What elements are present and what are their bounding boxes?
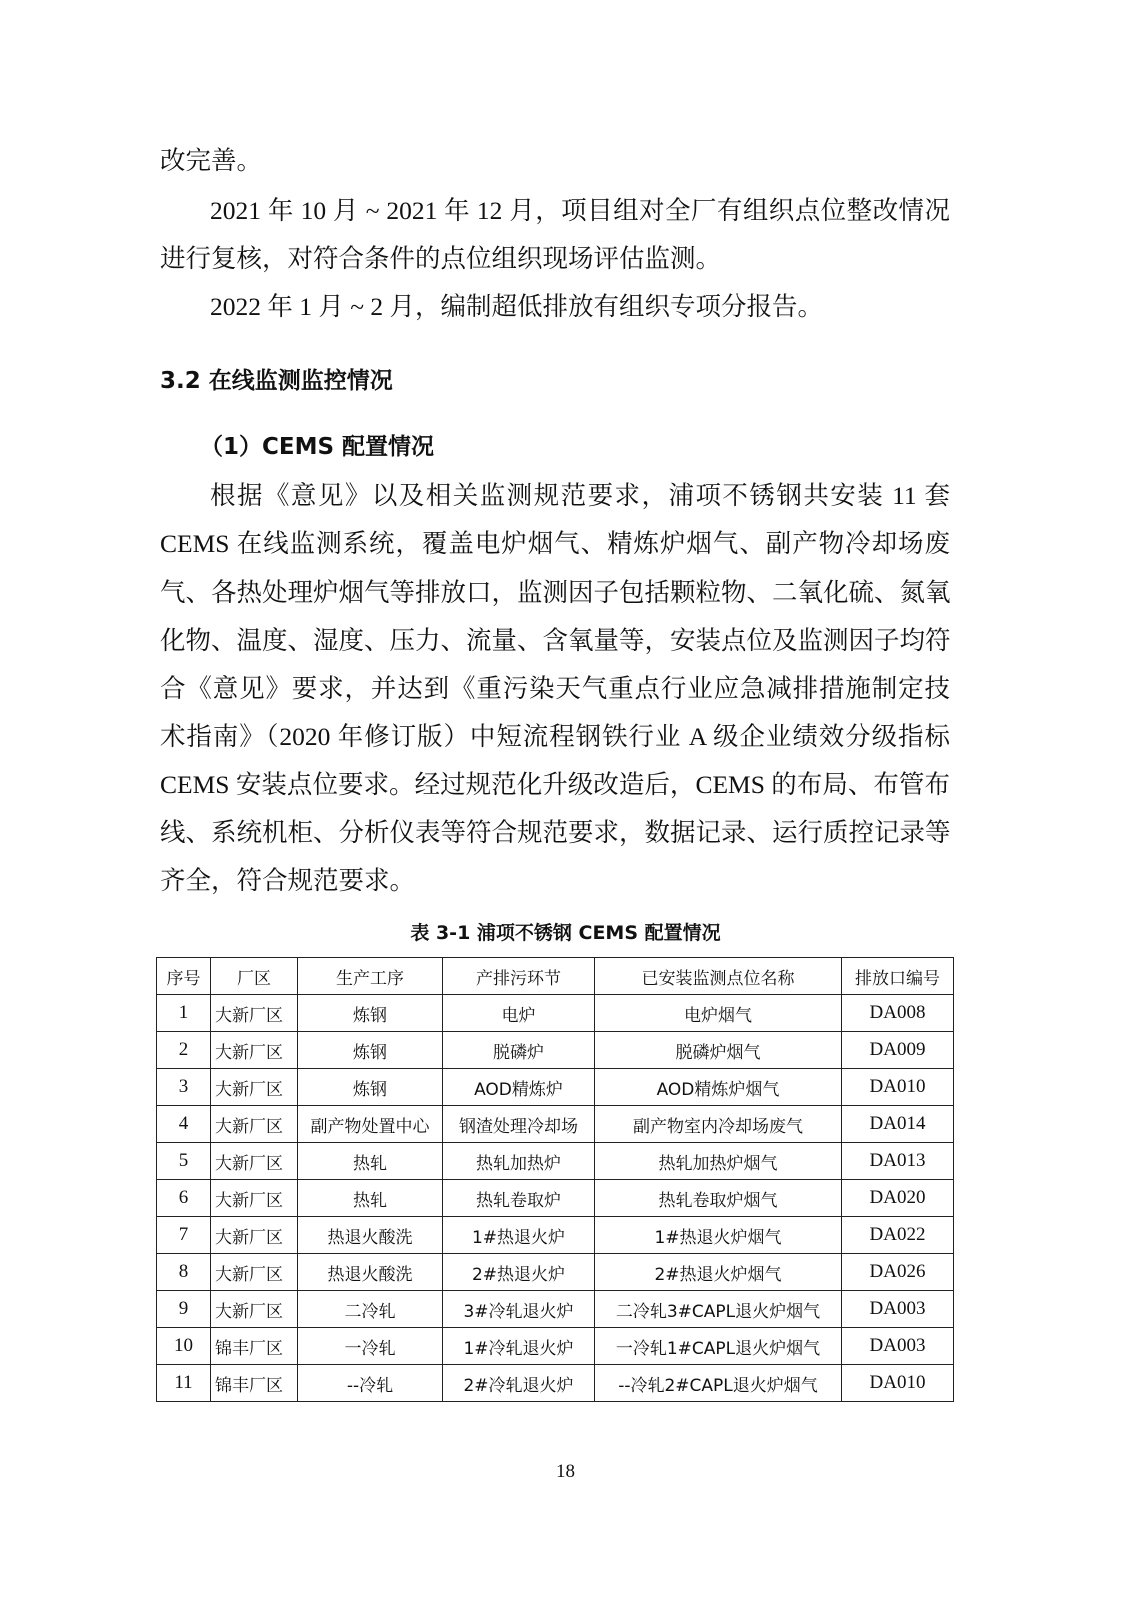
cell-plant: 锦丰厂区 (211, 1365, 298, 1402)
cell-process: 副产物处置中心 (298, 1106, 443, 1143)
cell-emission-stage: 热轧加热炉 (443, 1143, 595, 1180)
cell-plant: 大新厂区 (211, 1180, 298, 1217)
table-row: 11锦丰厂区--冷轧2#冷轧退火炉--冷轧2#CAPL退火炉烟气DA010 (157, 1365, 954, 1402)
cell-process: 炼钢 (298, 995, 443, 1032)
cell-emission-stage: 1#热退火炉 (443, 1217, 595, 1254)
paragraph-end: 改完善。 (160, 146, 262, 176)
table-row: 2大新厂区炼钢脱磷炉脱磷炉烟气DA009 (157, 1032, 954, 1069)
cell-index: 7 (157, 1217, 211, 1254)
cell-emission-stage: 脱磷炉 (443, 1032, 595, 1069)
paragraph-line: 2022 年 1 月 ~ 2 月，编制超低排放有组织专项分报告。 (210, 292, 823, 322)
paragraph-line: 2021 年 10 月 ~ 2021 年 12 月，项目组对全厂有组织点位整改情… (210, 196, 950, 226)
body-line: CEMS 在线监测系统，覆盖电炉烟气、精炼炉烟气、副产物冷却场废 (160, 529, 950, 559)
cell-plant: 锦丰厂区 (211, 1328, 298, 1365)
cell-index: 3 (157, 1069, 211, 1106)
cell-plant: 大新厂区 (211, 1032, 298, 1069)
cell-process: 炼钢 (298, 1032, 443, 1069)
cell-emission-stage: 3#冷轧退火炉 (443, 1291, 595, 1328)
table-row: 6大新厂区热轧热轧卷取炉热轧卷取炉烟气DA020 (157, 1180, 954, 1217)
table-caption: 表 3-1 浦项不锈钢 CEMS 配置情况 (0, 918, 1131, 945)
cell-emission-stage: 电炉 (443, 995, 595, 1032)
cell-emission-stage: 2#冷轧退火炉 (443, 1365, 595, 1402)
cems-table: 序号 厂区 生产工序 产排污环节 已安装监测点位名称 排放口编号 1大新厂区炼钢… (156, 957, 954, 1402)
cell-plant: 大新厂区 (211, 1069, 298, 1106)
body-line: CEMS 安装点位要求。经过规范化升级改造后，CEMS 的布局、布管布 (160, 770, 950, 800)
body-line: 气、各热处理炉烟气等排放口，监测因子包括颗粒物、二氧化硫、氮氧 (160, 578, 950, 608)
section-heading: 3.2 在线监测监控情况 (160, 366, 393, 396)
table-row: 3大新厂区炼钢AOD精炼炉AOD精炼炉烟气DA010 (157, 1069, 954, 1106)
cell-plant: 大新厂区 (211, 1254, 298, 1291)
cell-plant: 大新厂区 (211, 1217, 298, 1254)
body-line: 合《意见》要求，并达到《重污染天气重点行业应急减排措施制定技 (160, 674, 950, 704)
cell-emission-stage: 钢渣处理冷却场 (443, 1106, 595, 1143)
cell-outlet-code: DA008 (842, 995, 954, 1032)
cell-process: 二冷轧 (298, 1291, 443, 1328)
cell-index: 1 (157, 995, 211, 1032)
cell-index: 10 (157, 1328, 211, 1365)
body-line: 术指南》（2020 年修订版）中短流程钢铁行业 A 级企业绩效分级指标 (160, 722, 950, 752)
cell-monitoring-point: --冷轧2#CAPL退火炉烟气 (595, 1365, 842, 1402)
cell-outlet-code: DA020 (842, 1180, 954, 1217)
cell-index: 4 (157, 1106, 211, 1143)
header-cell: 排放口编号 (842, 958, 954, 995)
cell-monitoring-point: 2#热退火炉烟气 (595, 1254, 842, 1291)
cell-outlet-code: DA009 (842, 1032, 954, 1069)
cell-outlet-code: DA003 (842, 1291, 954, 1328)
cell-index: 6 (157, 1180, 211, 1217)
cell-emission-stage: AOD精炼炉 (443, 1069, 595, 1106)
table-header-row: 序号 厂区 生产工序 产排污环节 已安装监测点位名称 排放口编号 (157, 958, 954, 995)
cell-plant: 大新厂区 (211, 1143, 298, 1180)
cell-index: 5 (157, 1143, 211, 1180)
cell-monitoring-point: 电炉烟气 (595, 995, 842, 1032)
cell-index: 9 (157, 1291, 211, 1328)
table-row: 1大新厂区炼钢电炉电炉烟气DA008 (157, 995, 954, 1032)
header-cell: 已安装监测点位名称 (595, 958, 842, 995)
cell-emission-stage: 1#冷轧退火炉 (443, 1328, 595, 1365)
cell-index: 11 (157, 1365, 211, 1402)
table-row: 9大新厂区二冷轧3#冷轧退火炉二冷轧3#CAPL退火炉烟气DA003 (157, 1291, 954, 1328)
header-cell: 厂区 (211, 958, 298, 995)
cell-process: 热轧 (298, 1143, 443, 1180)
page-number: 18 (0, 1461, 1131, 1483)
cell-monitoring-point: 热轧加热炉烟气 (595, 1143, 842, 1180)
cell-monitoring-point: 二冷轧3#CAPL退火炉烟气 (595, 1291, 842, 1328)
cell-monitoring-point: 1#热退火炉烟气 (595, 1217, 842, 1254)
body-line: 根据《意见》以及相关监测规范要求，浦项不锈钢共安装 11 套 (210, 481, 950, 511)
cell-process: 热轧 (298, 1180, 443, 1217)
cell-outlet-code: DA010 (842, 1365, 954, 1402)
cell-outlet-code: DA010 (842, 1069, 954, 1106)
cell-process: 热退火酸洗 (298, 1217, 443, 1254)
cell-outlet-code: DA022 (842, 1217, 954, 1254)
cell-emission-stage: 2#热退火炉 (443, 1254, 595, 1291)
cell-monitoring-point: AOD精炼炉烟气 (595, 1069, 842, 1106)
cell-plant: 大新厂区 (211, 1291, 298, 1328)
cell-index: 2 (157, 1032, 211, 1069)
cell-outlet-code: DA013 (842, 1143, 954, 1180)
cell-outlet-code: DA026 (842, 1254, 954, 1291)
cell-plant: 大新厂区 (211, 1106, 298, 1143)
cell-monitoring-point: 一冷轧1#CAPL退火炉烟气 (595, 1328, 842, 1365)
header-cell: 序号 (157, 958, 211, 995)
cell-monitoring-point: 副产物室内冷却场废气 (595, 1106, 842, 1143)
cell-process: 一冷轧 (298, 1328, 443, 1365)
cell-monitoring-point: 脱磷炉烟气 (595, 1032, 842, 1069)
table-row: 4大新厂区副产物处置中心钢渣处理冷却场副产物室内冷却场废气DA014 (157, 1106, 954, 1143)
cell-process: 炼钢 (298, 1069, 443, 1106)
cell-outlet-code: DA003 (842, 1328, 954, 1365)
body-line: 化物、温度、湿度、压力、流量、含氧量等，安装点位及监测因子均符 (160, 626, 950, 656)
subsection-heading: （1）CEMS 配置情况 (200, 432, 434, 462)
cell-emission-stage: 热轧卷取炉 (443, 1180, 595, 1217)
table-row: 5大新厂区热轧热轧加热炉热轧加热炉烟气DA013 (157, 1143, 954, 1180)
cell-outlet-code: DA014 (842, 1106, 954, 1143)
cell-monitoring-point: 热轧卷取炉烟气 (595, 1180, 842, 1217)
cell-process: --冷轧 (298, 1365, 443, 1402)
header-cell: 产排污环节 (443, 958, 595, 995)
cell-index: 8 (157, 1254, 211, 1291)
header-cell: 生产工序 (298, 958, 443, 995)
cell-plant: 大新厂区 (211, 995, 298, 1032)
cell-process: 热退火酸洗 (298, 1254, 443, 1291)
table-row: 8大新厂区热退火酸洗2#热退火炉2#热退火炉烟气DA026 (157, 1254, 954, 1291)
body-line: 齐全，符合规范要求。 (160, 866, 415, 896)
body-line: 线、系统机柜、分析仪表等符合规范要求，数据记录、运行质控记录等 (160, 818, 950, 848)
table-row: 10锦丰厂区一冷轧1#冷轧退火炉一冷轧1#CAPL退火炉烟气DA003 (157, 1328, 954, 1365)
table-row: 7大新厂区热退火酸洗1#热退火炉1#热退火炉烟气DA022 (157, 1217, 954, 1254)
paragraph-line: 进行复核，对符合条件的点位组织现场评估监测。 (160, 244, 721, 274)
